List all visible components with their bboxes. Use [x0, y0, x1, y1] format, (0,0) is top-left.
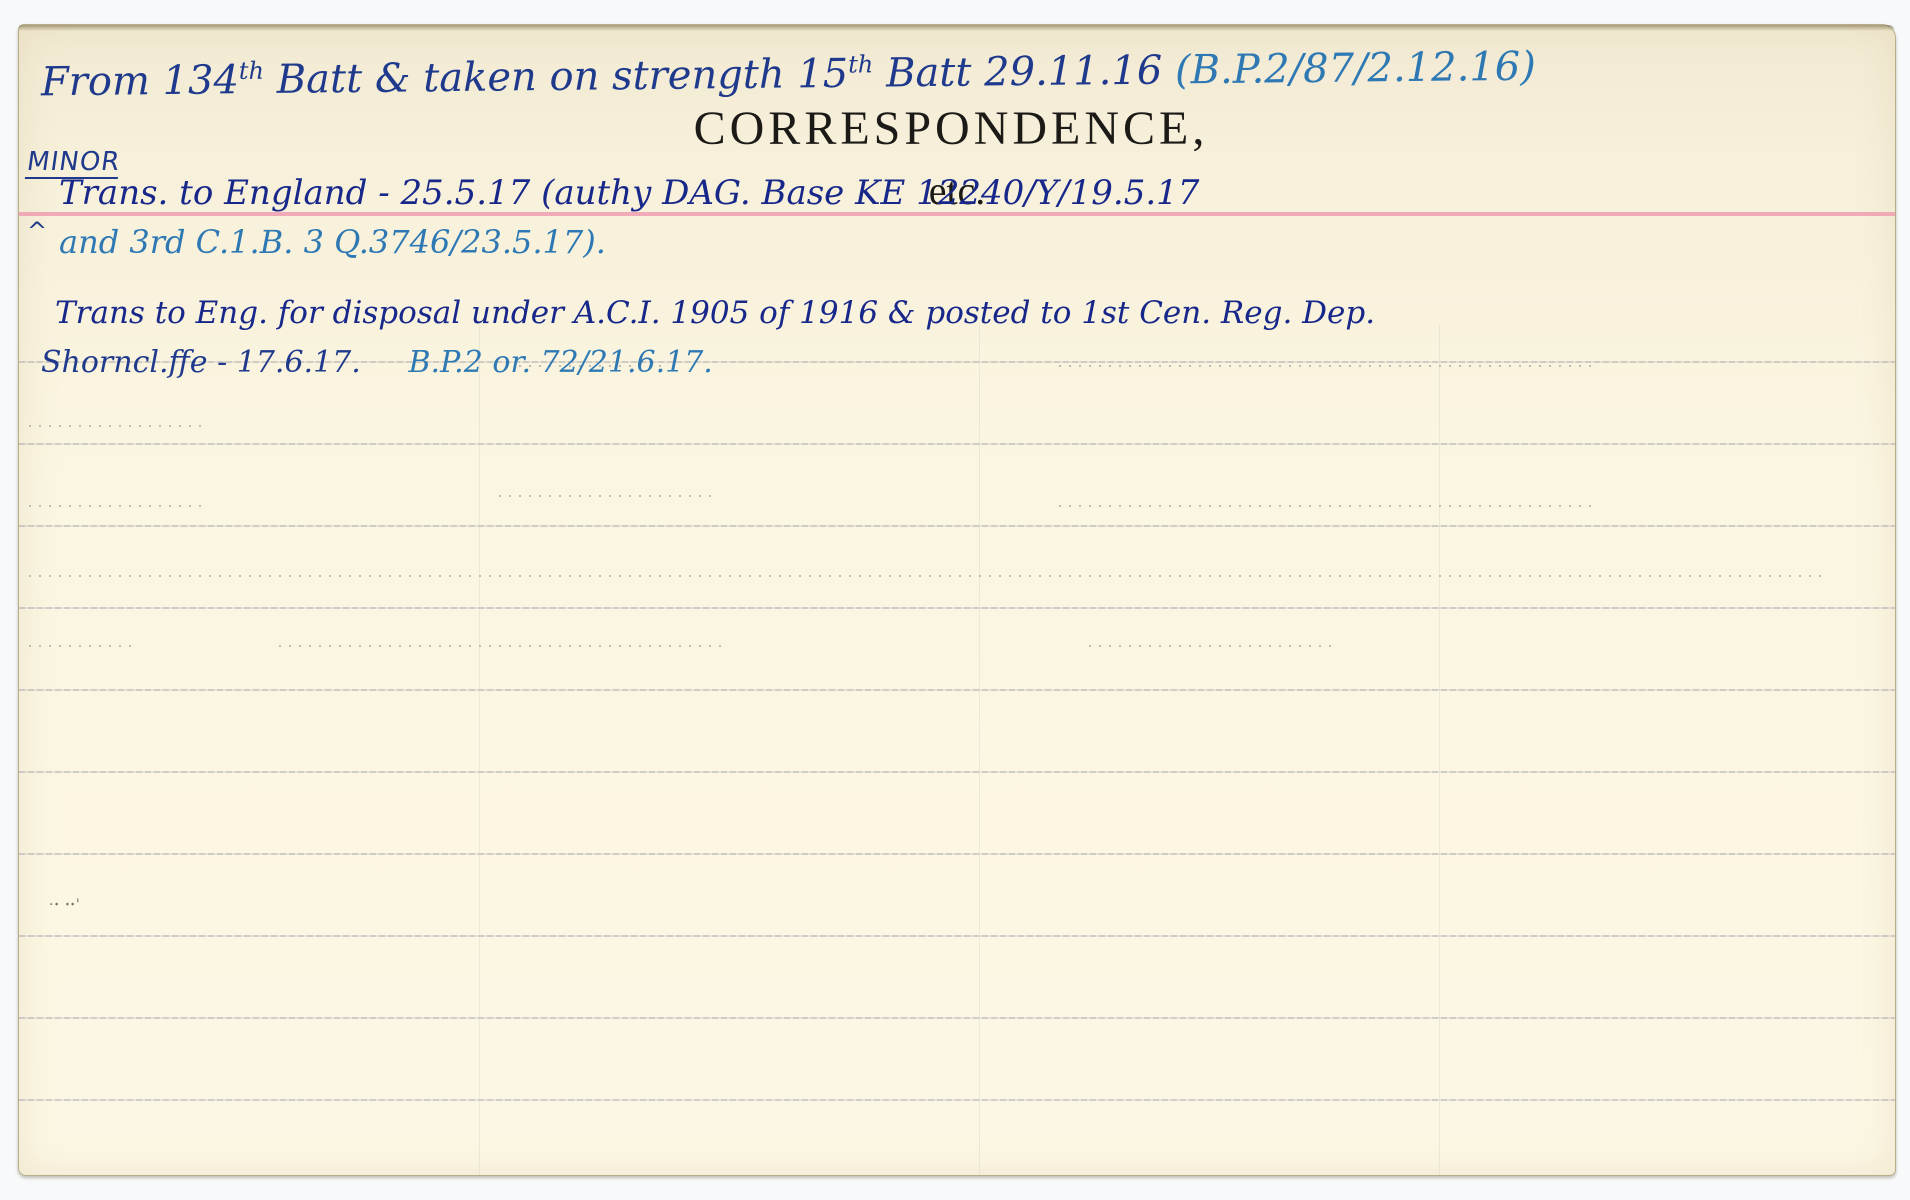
dotted-field: [29, 645, 139, 647]
dotted-field: [29, 425, 209, 427]
ruled-line: [19, 1099, 1895, 1101]
entry-trans-to-england-line1: Trans. to England - 25.5.17 (authy DAG. …: [59, 173, 1199, 213]
ink-smudge: ·ꞏ ꞏꞏ': [49, 895, 81, 914]
entry-disposal-reference: B.P.2 or. 72/21.6.17.: [408, 345, 712, 380]
dotted-field: [279, 645, 729, 647]
card-heading: CORRESPONDENCE,: [13, 101, 1889, 156]
ruled-line: [19, 853, 1895, 855]
ruled-line: [19, 1017, 1895, 1019]
column-guide: [1439, 325, 1440, 1175]
insertion-caret: ^: [27, 217, 47, 245]
ruled-line: [19, 689, 1895, 691]
ruled-line: [19, 771, 1895, 773]
dotted-field: [1059, 505, 1599, 507]
entry-disposal-line2: Shorncl.ffe - 17.6.17. B.P.2 or. 72/21.6…: [41, 345, 713, 380]
dotted-field: [1059, 365, 1599, 367]
entry-reference: (B.P.2/87/2.12.16): [1175, 44, 1536, 94]
dotted-field: [1089, 645, 1339, 647]
entry-trans-to-england-line2: and 3rd C.1.B. 3 Q.3746/23.5.17).: [59, 223, 606, 261]
dotted-field: [29, 575, 1829, 577]
entry-disposal-date: Shorncl.ffe - 17.6.17.: [41, 345, 361, 380]
service-record-card: CORRESPONDENCE, etc. From 134th Batt & t…: [18, 24, 1896, 1176]
ruled-line: [19, 935, 1895, 937]
column-guide: [479, 325, 480, 1175]
entry-disposal-line1: Trans to Eng. for disposal under A.C.I. …: [55, 295, 1375, 331]
ruled-line: [19, 607, 1895, 609]
ruled-line: [19, 443, 1895, 445]
entry-transfer-from-134th: From 134th Batt & taken on strength 15th…: [41, 43, 1536, 105]
dotted-field: [499, 495, 719, 497]
column-guide: [979, 325, 980, 1175]
ruled-line: [19, 525, 1895, 527]
dotted-field: [29, 505, 209, 507]
